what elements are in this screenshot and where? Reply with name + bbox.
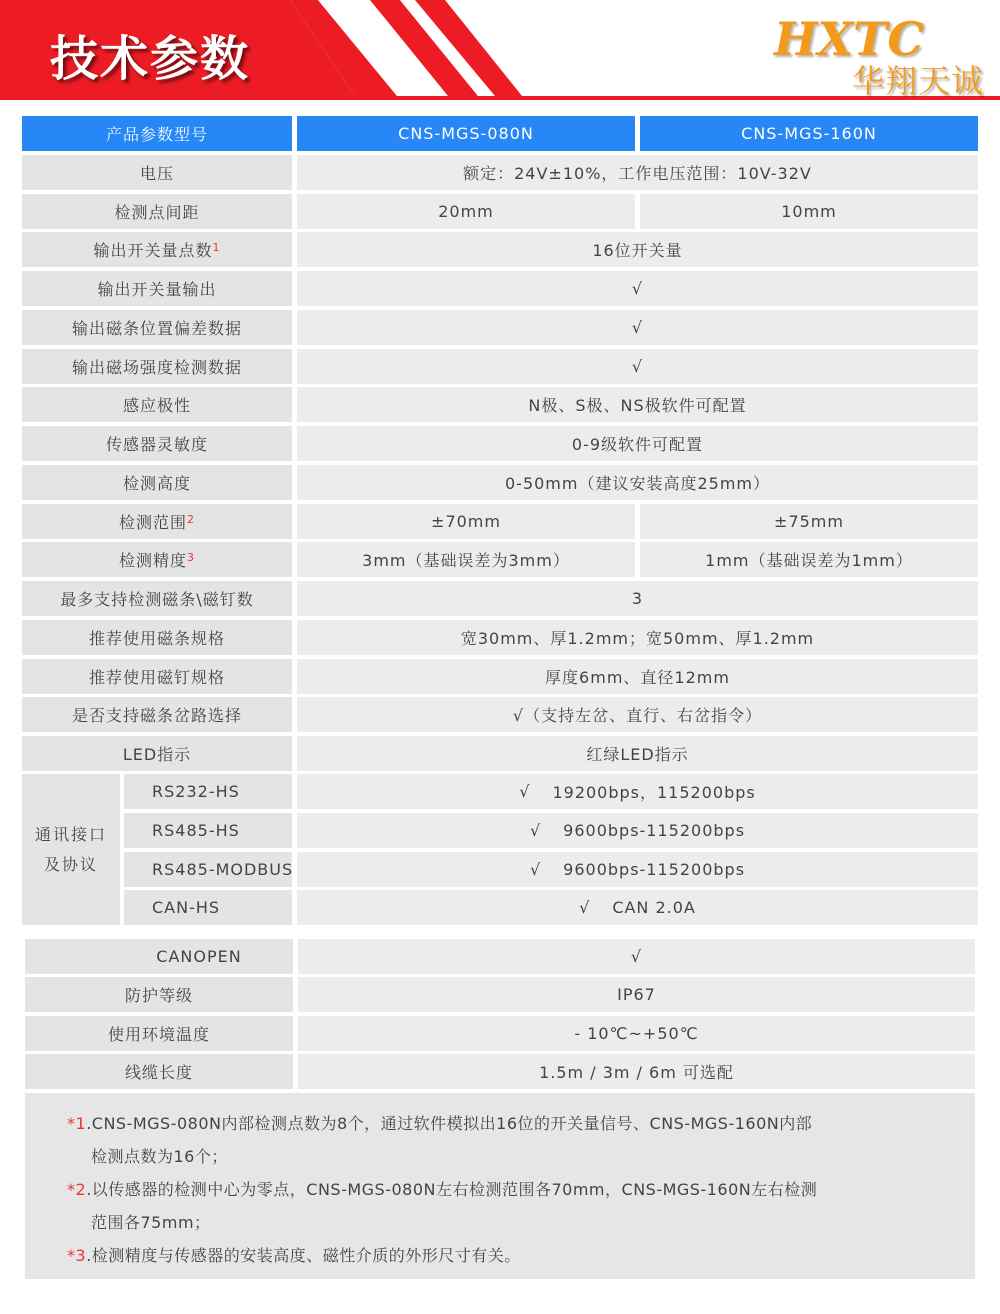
comm-protocol: RS485-HS (124, 813, 292, 848)
table-row: 线缆长度 1.5m / 3m / 6m 可选配 (25, 1054, 975, 1089)
row-value: 0-9级软件可配置 (297, 426, 978, 461)
row-label: 最多支持检测磁条\磁钉数 (22, 581, 292, 616)
row-label: 传感器灵敏度 (22, 426, 292, 461)
table-row: 感应极性 N极、S极、NS极软件可配置 (22, 387, 978, 422)
comm-value: 19200bps，115200bps (552, 780, 755, 803)
table-row: 检测范围2 ±70mm ±75mm (22, 504, 978, 539)
footnote-marker: 1 (213, 241, 221, 254)
company-logo: HXTC 华翔天诚 (770, 12, 995, 94)
row-value-a: ±70mm (297, 504, 635, 539)
row-value-b: 1mm（基础误差为1mm） (640, 542, 978, 577)
comm-value-cell: √CAN 2.0A (297, 890, 978, 925)
row-value: 3 (297, 581, 978, 616)
row-label: 防护等级 (25, 977, 293, 1012)
row-label: CANOPEN (25, 939, 293, 974)
comm-value-cell: √9600bps-115200bps (297, 813, 978, 848)
row-value-a: 3mm（基础误差为3mm） (297, 542, 635, 577)
row-label: 检测高度 (22, 465, 292, 500)
comm-row: RS232-HS √19200bps，115200bps (22, 774, 978, 809)
page-title: 技术参数 (50, 20, 250, 89)
row-value: - 10℃~+50℃ (298, 1016, 975, 1051)
footnote-text: .CNS-MGS-080N内部检测点数为8个，通过软件模拟出16位的开关量信号、… (86, 1114, 812, 1133)
footnote-marker: 2 (187, 513, 195, 526)
table-row: 推荐使用磁钉规格 厚度6mm、直径12mm (22, 659, 978, 694)
row-label: 检测点间距 (22, 194, 292, 229)
comm-value-cell: √9600bps-115200bps (297, 852, 978, 887)
row-label: 线缆长度 (25, 1054, 293, 1089)
row-value-b: 10mm (640, 194, 978, 229)
check-mark: √ (297, 310, 978, 345)
row-value: 1.5m / 3m / 6m 可选配 (298, 1054, 975, 1089)
comm-row: RS485-HS √9600bps-115200bps (22, 813, 978, 848)
table-row: 检测精度3 3mm（基础误差为3mm） 1mm（基础误差为1mm） (22, 542, 978, 577)
header-model-a: CNS-MGS-080N (297, 116, 635, 151)
check-mark: √ (297, 349, 978, 384)
table-row: 最多支持检测磁条\磁钉数 3 (22, 581, 978, 616)
row-value: IP67 (298, 977, 975, 1012)
footnote-text: .检测精度与传感器的安装高度、磁性介质的外形尺寸有关。 (86, 1246, 521, 1265)
row-value: 16位开关量 (297, 232, 978, 267)
row-label: 使用环境温度 (25, 1016, 293, 1051)
row-label-cell: 检测范围2 (22, 504, 292, 539)
row-label: 输出开关量输出 (22, 271, 292, 306)
row-label: 输出磁条位置偏差数据 (22, 310, 292, 345)
row-label: 检测范围 (119, 510, 187, 533)
row-label: LED指示 (22, 736, 292, 771)
comm-protocol: RS232-HS (124, 774, 292, 809)
footnotes-panel: *1.CNS-MGS-080N内部检测点数为8个，通过软件模拟出16位的开关量信… (25, 1093, 975, 1279)
table-row: 电压 额定：24V±10%，工作电压范围：10V-32V (22, 155, 978, 190)
footnote-1: *1.CNS-MGS-080N内部检测点数为8个，通过软件模拟出16位的开关量信… (67, 1107, 975, 1140)
row-value: 宽30mm、厚1.2mm；宽50mm、厚1.2mm (297, 620, 978, 655)
check-mark: √ (530, 821, 541, 840)
header-param-label: 产品参数型号 (22, 116, 292, 151)
row-value: 厚度6mm、直径12mm (297, 659, 978, 694)
row-value: 红绿LED指示 (297, 736, 978, 771)
comm-value-cell: √19200bps，115200bps (297, 774, 978, 809)
table-row: 输出开关量点数1 16位开关量 (22, 232, 978, 267)
logo-company-name: 华翔天诚 (852, 56, 984, 102)
table-row: 检测点间距 20mm 10mm (22, 194, 978, 229)
row-value: √（支持左岔、直行、右岔指令） (297, 697, 978, 732)
check-mark: √ (530, 860, 541, 879)
table-row: 防护等级 IP67 (25, 977, 975, 1012)
row-label: 输出开关量点数 (93, 238, 212, 261)
comm-value: CAN 2.0A (612, 898, 696, 917)
row-label: 检测精度 (119, 548, 187, 571)
table-row: 是否支持磁条岔路选择 √（支持左岔、直行、右岔指令） (22, 697, 978, 732)
comm-row: CAN-HS √CAN 2.0A (22, 890, 978, 925)
footnote-2: *2.以传感器的检测中心为零点，CNS-MGS-080N左右检测范围各70mm，… (67, 1173, 975, 1206)
row-label: 推荐使用磁钉规格 (22, 659, 292, 694)
table-row: LED指示 红绿LED指示 (22, 736, 978, 771)
check-mark: √ (579, 898, 590, 917)
table-row: 输出开关量输出 √ (22, 271, 978, 306)
comm-value: 9600bps-115200bps (563, 860, 745, 879)
row-label: 推荐使用磁条规格 (22, 620, 292, 655)
footnote-1-continued: 检测点数为16个； (67, 1140, 975, 1173)
comm-protocol: RS485-MODBUS (124, 852, 292, 887)
table-row: 传感器灵敏度 0-9级软件可配置 (22, 426, 978, 461)
check-mark: √ (297, 271, 978, 306)
row-label: 是否支持磁条岔路选择 (22, 697, 292, 732)
row-label: 感应极性 (22, 387, 292, 422)
title-banner: 技术参数 HXTC 华翔天诚 (0, 0, 1000, 100)
table-row: CANOPEN √ (25, 939, 975, 974)
table-row: 输出磁条位置偏差数据 √ (22, 310, 978, 345)
row-value: 额定：24V±10%，工作电压范围：10V-32V (297, 155, 978, 190)
row-label: 输出磁场强度检测数据 (22, 349, 292, 384)
comm-row: RS485-MODBUS √9600bps-115200bps (22, 852, 978, 887)
table-row: 输出磁场强度检测数据 √ (22, 349, 978, 384)
row-label: 电压 (22, 155, 292, 190)
footnote-marker: *3 (67, 1246, 86, 1265)
row-value-a: 20mm (297, 194, 635, 229)
header-model-b: CNS-MGS-160N (640, 116, 978, 151)
table-row: 推荐使用磁条规格 宽30mm、厚1.2mm；宽50mm、厚1.2mm (22, 620, 978, 655)
footnote-text: .以传感器的检测中心为零点，CNS-MGS-080N左右检测范围各70mm，CN… (86, 1180, 817, 1199)
row-label-cell: 输出开关量点数1 (22, 232, 292, 267)
comm-protocol: CAN-HS (124, 890, 292, 925)
row-value: N极、S极、NS极软件可配置 (297, 387, 978, 422)
row-value: 0-50mm（建议安装高度25mm） (297, 465, 978, 500)
row-value-b: ±75mm (640, 504, 978, 539)
comm-value: 9600bps-115200bps (563, 821, 745, 840)
check-mark: √ (519, 782, 530, 801)
row-label-cell: 检测精度3 (22, 542, 292, 577)
footnote-marker: 3 (187, 551, 195, 564)
footnote-3: *3.检测精度与传感器的安装高度、磁性介质的外形尺寸有关。 (67, 1239, 975, 1272)
footnote-marker: *1 (67, 1114, 86, 1133)
table-header-row: 产品参数型号 CNS-MGS-080N CNS-MGS-160N (22, 116, 978, 151)
footnote-marker: *2 (67, 1180, 86, 1199)
table-row: 使用环境温度 - 10℃~+50℃ (25, 1016, 975, 1051)
check-mark: √ (298, 939, 975, 974)
footnote-2-continued: 范围各75mm； (67, 1206, 975, 1239)
table-row: 检测高度 0-50mm（建议安装高度25mm） (22, 465, 978, 500)
